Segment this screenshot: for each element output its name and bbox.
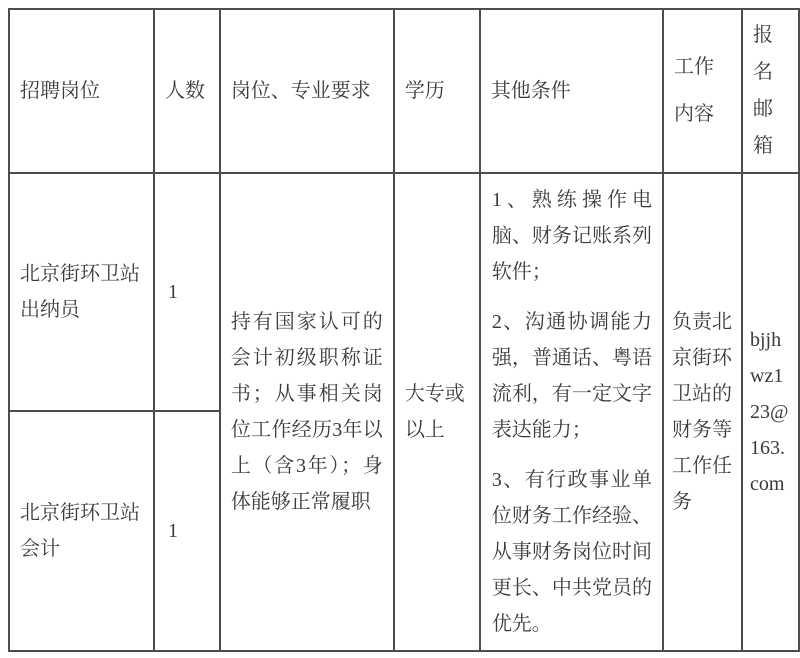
requirements-text: 持有国家认可的会计初级职称证书；从事相关岗位工作经历3年以上（含3年）；身体能够…: [231, 304, 383, 520]
header-headcount: 人数: [154, 9, 220, 173]
header-email: 报名邮箱: [742, 9, 799, 173]
header-other-conditions: 其他条件: [480, 9, 663, 173]
email-text: bjjhwz123@163.com: [750, 322, 794, 502]
headcount-accountant-value: 1: [168, 520, 178, 542]
header-requirements: 岗位、专业要求: [220, 9, 394, 173]
email-line: bjjh: [750, 322, 794, 358]
header-email-label: 报名邮箱: [753, 17, 779, 165]
header-education: 学历: [394, 9, 480, 173]
table-header-row: 招聘岗位 人数 岗位、专业要求 学历 其他条件 工作内容 报名邮: [9, 9, 799, 173]
headcount-cashier-value: 1: [168, 281, 178, 303]
header-position-label: 招聘岗位: [20, 80, 100, 102]
header-work-content: 工作内容: [663, 9, 742, 173]
header-education-label: 学历: [405, 80, 445, 102]
cell-position-cashier: 北京街环卫站出纳员: [9, 173, 154, 411]
other-condition-item: 1、熟练操作电脑、财务记账系列软件；: [492, 182, 652, 290]
cell-headcount-cashier: 1: [154, 173, 220, 411]
position-accountant-text: 北京街环卫站会计: [20, 495, 148, 567]
cell-position-accountant: 北京街环卫站会计: [9, 411, 154, 651]
header-position: 招聘岗位: [9, 9, 154, 173]
cell-work-content: 负责北京街环卫站的财务等工作任务: [663, 173, 742, 651]
header-requirements-label: 岗位、专业要求: [231, 80, 371, 102]
cell-education: 大专或以上: [394, 173, 480, 651]
header-work-content-label: 工作内容: [674, 44, 718, 138]
cell-email: bjjhwz123@163.com: [742, 173, 799, 651]
cell-headcount-accountant: 1: [154, 411, 220, 651]
education-text: 大专或以上: [405, 376, 469, 448]
email-line: com: [750, 466, 794, 502]
cell-requirements: 持有国家认可的会计初级职称证书；从事相关岗位工作经历3年以上（含3年）；身体能够…: [220, 173, 394, 651]
table-row-cashier: 北京街环卫站出纳员 1 持有国家认可的会计初级职称证书；从事相关岗位工作经历3年…: [9, 173, 799, 411]
other-condition-item: 3、有行政事业单位财务工作经验、从事财务岗位时间更长、中共党员的优先。: [492, 462, 652, 642]
email-line: 163.: [750, 430, 794, 466]
other-condition-item: 2、沟通协调能力强，普通话、粤语流利，有一定文字表达能力；: [492, 304, 652, 448]
document-page: 招聘岗位 人数 岗位、专业要求 学历 其他条件 工作内容 报名邮: [0, 0, 800, 658]
recruitment-table: 招聘岗位 人数 岗位、专业要求 学历 其他条件 工作内容 报名邮: [8, 8, 800, 652]
email-line: wz1: [750, 358, 794, 394]
email-line: 23@: [750, 394, 794, 430]
work-content-text: 负责北京街环卫站的财务等工作任务: [672, 304, 736, 520]
other-conditions-list: 1、熟练操作电脑、财务记账系列软件；2、沟通协调能力强，普通话、粤语流利，有一定…: [492, 182, 652, 642]
header-other-conditions-label: 其他条件: [491, 80, 571, 102]
cell-other-conditions: 1、熟练操作电脑、财务记账系列软件；2、沟通协调能力强，普通话、粤语流利，有一定…: [480, 173, 663, 651]
position-cashier-text: 北京街环卫站出纳员: [20, 256, 148, 328]
header-headcount-label: 人数: [165, 80, 205, 102]
